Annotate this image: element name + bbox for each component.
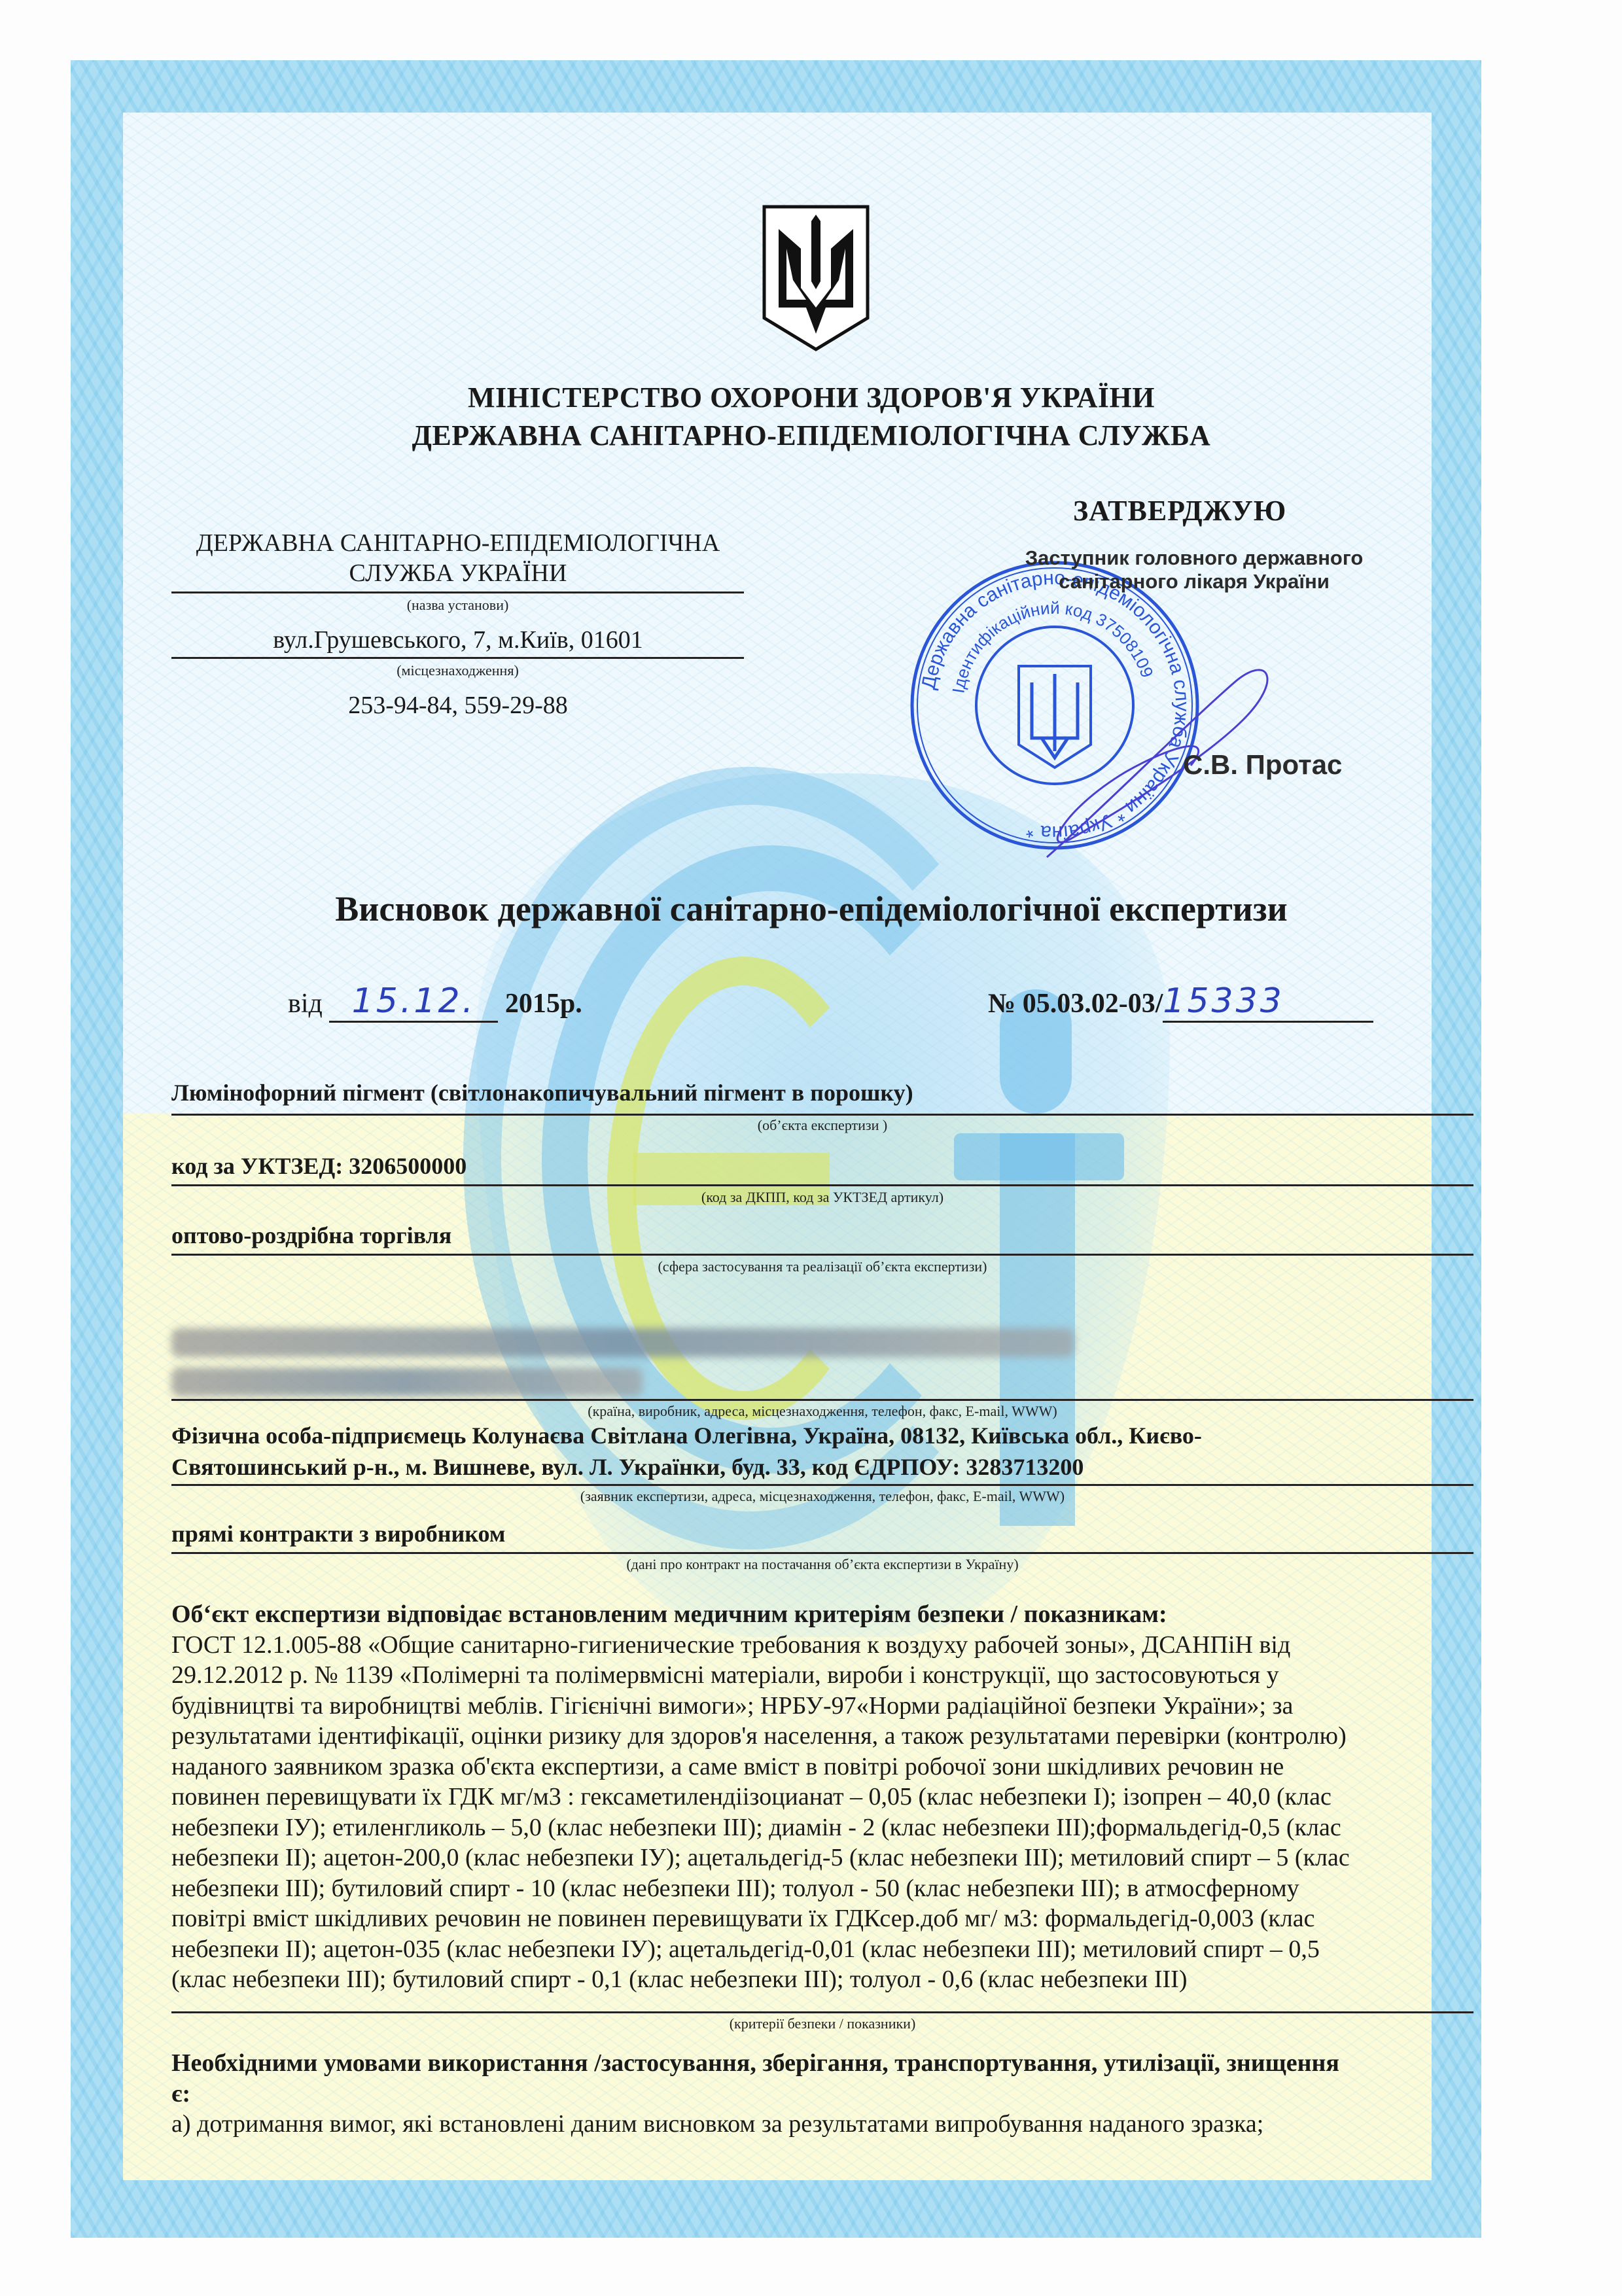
criteria-section: Об‘єкт експертизи відповідає встановлени… xyxy=(171,1599,1480,1995)
institution-address-caption: (місцезнаходження) xyxy=(171,662,744,679)
field-manufacturer-caption: (країна, виробник, адреса, місцезнаходже… xyxy=(171,1403,1473,1420)
approval-heading: ЗАТВЕРДЖУЮ xyxy=(1073,494,1286,527)
issue-number: № 05.03.02-03/15333 xyxy=(988,981,1373,1023)
field-applicant-underline xyxy=(171,1484,1473,1486)
criteria-line: (клас небезпеки ІІІ); бутиловий спирт - … xyxy=(171,1964,1480,1995)
criteria-underline xyxy=(171,2011,1473,2013)
criteria-line: повітрі вміст шкідливих речовин не повин… xyxy=(171,1903,1480,1934)
field-object-name: Люмінофорний пігмент (світлонакопичуваль… xyxy=(171,1078,913,1107)
field-code-caption: (код за ДКПП, код за УКТЗЕД артикул) xyxy=(171,1189,1473,1206)
criteria-line: ГОСТ 12.1.005-88 «Общие санитарно-гигиен… xyxy=(171,1630,1480,1661)
criteria-line: небезпеки ІУ); етиленгликоль – 5,0 (клас… xyxy=(171,1812,1480,1843)
criteria-line: небезпеки ІІІ); бутиловий спирт - 10 (кл… xyxy=(171,1873,1480,1904)
institution-name-line-2: СЛУЖБА УКРАЇНИ xyxy=(167,559,749,588)
conditions-item-a: а) дотримання вимог, які встановлені дан… xyxy=(171,2109,1480,2140)
number-handwritten: 15333 xyxy=(1163,981,1284,1021)
field-applicant-line-1: Фізична особа-підприємець Колунаєва Світ… xyxy=(171,1421,1202,1450)
field-uktzed-code: код за УКТЗЕД: 3206500000 xyxy=(171,1152,467,1180)
field-object-caption: (об’єкта експертизи ) xyxy=(171,1117,1473,1134)
date-handwritten: 15.12. xyxy=(352,981,476,1021)
document-title: Висновок державної санітарно-епідеміолог… xyxy=(164,889,1459,929)
field-contract-caption: (дані про контракт на постачання об’єкта… xyxy=(171,1556,1473,1573)
institution-address-underline xyxy=(171,657,744,659)
institution-name-caption: (назва установи) xyxy=(171,597,744,614)
field-applicant-line-2: Святошинський р-н., м. Вишневе, вул. Л. … xyxy=(171,1453,1084,1481)
conditions-section: Необхідними умовами використання /застос… xyxy=(171,2048,1480,2140)
date-prefix: від xyxy=(288,989,323,1019)
ministry-line-1: МІНІСТЕРСТВО ОХОРОНИ ЗДОРОВ'Я УКРАЇНИ xyxy=(262,381,1361,415)
number-prefix: № 05.03.02-03/ xyxy=(988,989,1163,1019)
ministry-line-2: ДЕРЖАВНА САНІТАРНО-ЕПІДЕМІОЛОГІЧНА СЛУЖБ… xyxy=(262,419,1361,453)
date-field: 15.12. xyxy=(329,981,498,1023)
approval-signatory-name: С.В. Протас xyxy=(1183,749,1342,781)
institution-name-line-1: ДЕРЖАВНА САНІТАРНО-ЕПІДЕМІОЛОГІЧНА xyxy=(167,529,749,557)
date-year: 2015р. xyxy=(505,989,582,1019)
criteria-line: небезпеки ІІ); ацетон-035 (клас небезпек… xyxy=(171,1934,1480,1965)
field-scope-caption: (сфера застосування та реалізації об’єкт… xyxy=(171,1258,1473,1275)
criteria-line: повинен перевищувати їх ГДК мг/м3 : гекс… xyxy=(171,1782,1480,1812)
criteria-line: будівництві та виробництві меблів. Гігіє… xyxy=(171,1691,1480,1722)
field-manufacturer-underline xyxy=(171,1399,1473,1401)
institution-address: вул.Грушевського, 7, м.Київ, 01601 xyxy=(167,626,749,654)
redacted-manufacturer-line-2 xyxy=(171,1368,643,1396)
field-contract-underline xyxy=(171,1552,1473,1554)
criteria-heading: Об‘єкт експертизи відповідає встановлени… xyxy=(171,1599,1480,1630)
field-application-scope: оптово-роздрібна торгівля xyxy=(171,1221,451,1250)
redacted-manufacturer-line-1 xyxy=(171,1328,1074,1357)
conditions-heading-line-2: є: xyxy=(171,2079,1480,2110)
criteria-line: наданого заявником зразка об'єкта експер… xyxy=(171,1752,1480,1782)
number-field: 15333 xyxy=(1163,981,1373,1023)
institution-name-underline xyxy=(171,592,744,593)
criteria-line: небезпеки ІІ); ацетон-200,0 (клас небезп… xyxy=(171,1843,1480,1873)
criteria-line: 29.12.2012 р. № 1139 «Полімерні та полім… xyxy=(171,1660,1480,1691)
approval-role-line-2: санітарного лікаря України xyxy=(985,570,1403,593)
trident-coat-of-arms-icon xyxy=(760,203,872,353)
approval-role-line-1: Заступник головного державного xyxy=(985,546,1403,570)
field-applicant-caption: (заявник експертизи, адреса, місцезнаход… xyxy=(171,1488,1473,1505)
approval-role: Заступник головного державного санітарно… xyxy=(985,546,1403,593)
field-scope-underline xyxy=(171,1254,1473,1256)
conditions-heading-line-1: Необхідними умовами використання /застос… xyxy=(171,2048,1480,2079)
institution-phones: 253-94-84, 559-29-88 xyxy=(167,691,749,720)
field-object-underline xyxy=(171,1114,1473,1116)
criteria-line: результатами ідентифікації, оцінки ризик… xyxy=(171,1721,1480,1752)
field-contract: прямі контракти з виробником xyxy=(171,1519,505,1548)
criteria-caption: (критерії безпеки / показники) xyxy=(171,2015,1473,2032)
issue-date: від 15.12. 2015р. xyxy=(288,981,582,1023)
field-code-underline xyxy=(171,1184,1473,1186)
